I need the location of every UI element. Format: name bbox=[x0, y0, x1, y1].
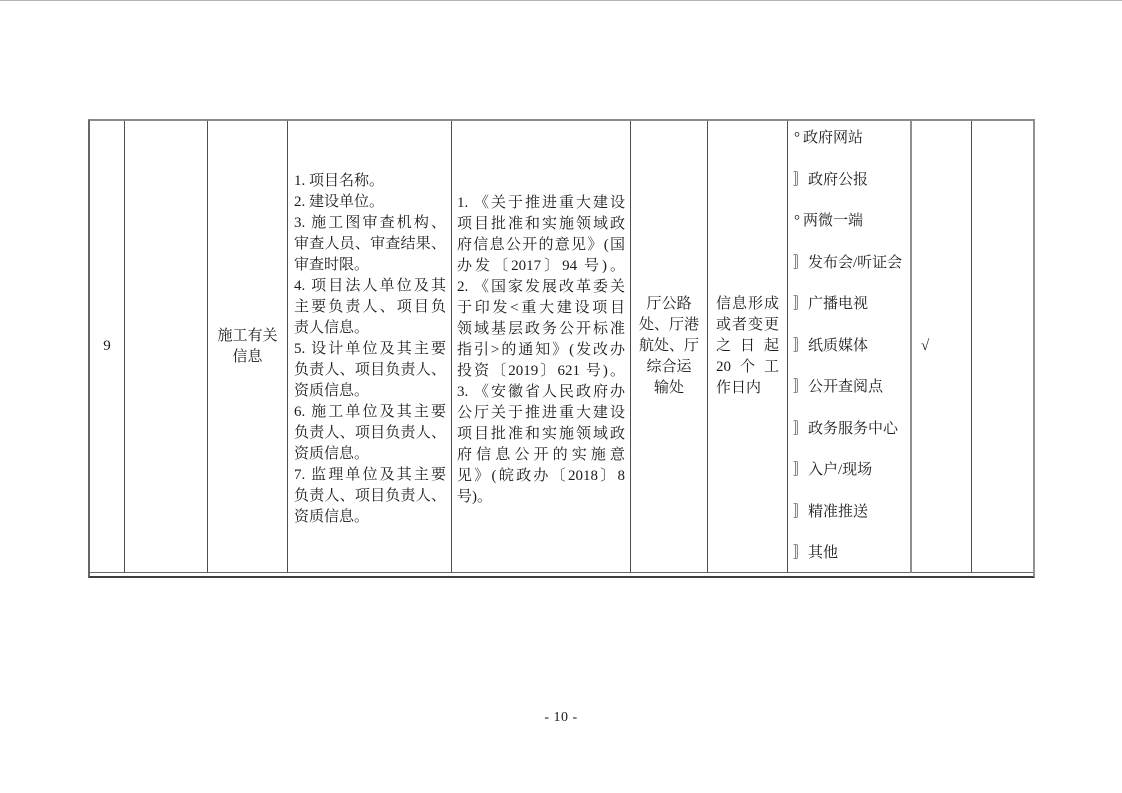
channel-label: 精准推送 bbox=[808, 504, 868, 520]
checkbox-marker-icon: ° bbox=[794, 213, 800, 229]
checkbox-marker-icon: ° bbox=[794, 130, 800, 146]
channel-label: 政府公报 bbox=[808, 172, 868, 188]
check-mark: √ bbox=[921, 336, 929, 357]
col-check-mark: √ bbox=[912, 121, 972, 573]
basis-line: 办发〔2017〕94 号)。 bbox=[457, 256, 625, 277]
content-line: 5. 设计单位及其主要 bbox=[294, 339, 446, 360]
col-basis-regulations: 1. 《关于推进重大建设项目批准和实施领域政府信息公开的意见》(国办发〔2017… bbox=[452, 121, 631, 573]
basis-line: 府信息公开的实施意 bbox=[457, 445, 625, 466]
col-disclosure-timeline: 信息形成或者变更之日起20个工作日内 bbox=[708, 121, 788, 573]
content-line: 7. 监理单位及其主要 bbox=[294, 465, 446, 486]
checkbox-marker-icon: 〛 bbox=[793, 296, 808, 312]
content-line: 1. 项目名称。 bbox=[294, 171, 446, 192]
document-page: 9 施工有关信息 1. 项目名称。2. 建设单位。3. 施工图审查机构、审查人员… bbox=[0, 0, 1122, 793]
info-name-line: 施工有关 bbox=[217, 326, 277, 347]
basis-line: 3. 《安徽省人民政府办 bbox=[457, 382, 625, 403]
checkbox-marker-icon: 〛 bbox=[793, 338, 808, 354]
division-line: 输处 bbox=[654, 378, 684, 399]
channel-label: 政府网站 bbox=[803, 130, 863, 146]
channel-item: °两微一端 bbox=[793, 211, 908, 232]
info-name-line: 信息 bbox=[232, 347, 262, 368]
disclosure-table-row-9: 9 施工有关信息 1. 项目名称。2. 建设单位。3. 施工图审查机构、审查人员… bbox=[88, 119, 1035, 578]
channel-item: 〛政府公报 bbox=[793, 170, 908, 191]
basis-line: 项目批准和实施领域政 bbox=[457, 214, 625, 235]
checkbox-marker-icon: 〛 bbox=[793, 504, 808, 520]
content-line: 资质信息。 bbox=[294, 507, 446, 528]
channel-item: 〛其他 bbox=[793, 543, 908, 564]
division-line: 综合运 bbox=[646, 357, 691, 378]
col-category-empty bbox=[125, 121, 208, 573]
channel-label: 发布会/听证会 bbox=[808, 255, 902, 271]
content-line: 审查人员、审查结果、 bbox=[294, 234, 446, 255]
col-content-items: 1. 项目名称。2. 建设单位。3. 施工图审查机构、审查人员、审查结果、审查时… bbox=[288, 121, 452, 573]
content-line: 主要负责人、项目负 bbox=[294, 297, 446, 318]
timeline-line: 或者变更 bbox=[716, 315, 779, 336]
channel-label: 入户/现场 bbox=[808, 462, 872, 478]
channel-label: 纸质媒体 bbox=[808, 338, 868, 354]
channel-label: 其他 bbox=[808, 545, 838, 561]
col-seq-number: 9 bbox=[90, 121, 125, 573]
page-number: - 10 - bbox=[0, 710, 1122, 726]
division-line: 厅公路 bbox=[646, 294, 691, 315]
content-line: 3. 施工图审查机构、 bbox=[294, 213, 446, 234]
checkbox-marker-icon: 〛 bbox=[793, 545, 808, 561]
timeline-line: 信息形成 bbox=[716, 294, 779, 315]
channel-item: 〛精准推送 bbox=[793, 502, 908, 523]
content-line: 负责人、项目负责人、 bbox=[294, 423, 446, 444]
basis-line: 项目批准和实施领域政 bbox=[457, 424, 625, 445]
checkbox-marker-icon: 〛 bbox=[793, 379, 808, 395]
basis-line: 见》(皖政办〔2018〕8 bbox=[457, 466, 625, 487]
col-remarks-empty bbox=[972, 121, 1033, 573]
content-line: 资质信息。 bbox=[294, 381, 446, 402]
content-line: 负责人、项目负责人、 bbox=[294, 486, 446, 507]
col-responsible-division: 厅公路处、厅港航处、厅综合运输处 bbox=[631, 121, 708, 573]
channel-label: 公开查阅点 bbox=[808, 379, 883, 395]
col-info-name: 施工有关信息 bbox=[208, 121, 288, 573]
content-line: 4. 项目法人单位及其 bbox=[294, 276, 446, 297]
content-line: 负责人、项目负责人、 bbox=[294, 360, 446, 381]
checkbox-marker-icon: 〛 bbox=[793, 462, 808, 478]
seq-number: 9 bbox=[103, 336, 111, 357]
division-line: 航处、厅 bbox=[639, 336, 699, 357]
channel-item: 〛广播电视 bbox=[793, 294, 908, 315]
channel-item: 〛入户/现场 bbox=[793, 460, 908, 481]
channel-item: 〛发布会/听证会 bbox=[793, 253, 908, 274]
basis-line: 号)。 bbox=[457, 487, 625, 508]
basis-line: 指引>的通知》(发改办 bbox=[457, 340, 625, 361]
basis-line: 公厅关于推进重大建设 bbox=[457, 403, 625, 424]
basis-line: 于印发<重大建设项目 bbox=[457, 298, 625, 319]
channel-label: 广播电视 bbox=[808, 296, 868, 312]
channel-label: 政务服务中心 bbox=[808, 421, 898, 437]
basis-line: 2. 《国家发展改革委关 bbox=[457, 277, 625, 298]
basis-line: 府信息公开的意见》(国 bbox=[457, 235, 625, 256]
content-line: 责人信息。 bbox=[294, 318, 446, 339]
checkbox-marker-icon: 〛 bbox=[793, 255, 808, 271]
content-line: 审查时限。 bbox=[294, 255, 446, 276]
channel-label: 两微一端 bbox=[803, 213, 863, 229]
channel-item: 〛政务服务中心 bbox=[793, 419, 908, 440]
channel-item: °政府网站 bbox=[793, 128, 908, 149]
division-line: 处、厅港 bbox=[639, 315, 699, 336]
timeline-line: 之日起 bbox=[716, 336, 779, 357]
basis-line: 投资〔2019〕621 号)。 bbox=[457, 361, 625, 382]
col-disclosure-channels: °政府网站〛政府公报°两微一端〛发布会/听证会〛广播电视〛纸质媒体〛公开查阅点〛… bbox=[788, 121, 912, 573]
checkbox-marker-icon: 〛 bbox=[793, 172, 808, 188]
timeline-line: 作日内 bbox=[716, 378, 779, 399]
checkbox-marker-icon: 〛 bbox=[793, 421, 808, 437]
content-line: 资质信息。 bbox=[294, 444, 446, 465]
channel-item: 〛纸质媒体 bbox=[793, 336, 908, 357]
content-line: 6. 施工单位及其主要 bbox=[294, 402, 446, 423]
content-line: 2. 建设单位。 bbox=[294, 192, 446, 213]
basis-line: 领域基层政务公开标准 bbox=[457, 319, 625, 340]
timeline-line: 20个工 bbox=[716, 357, 779, 378]
channel-item: 〛公开查阅点 bbox=[793, 377, 908, 398]
basis-line: 1. 《关于推进重大建设 bbox=[457, 193, 625, 214]
